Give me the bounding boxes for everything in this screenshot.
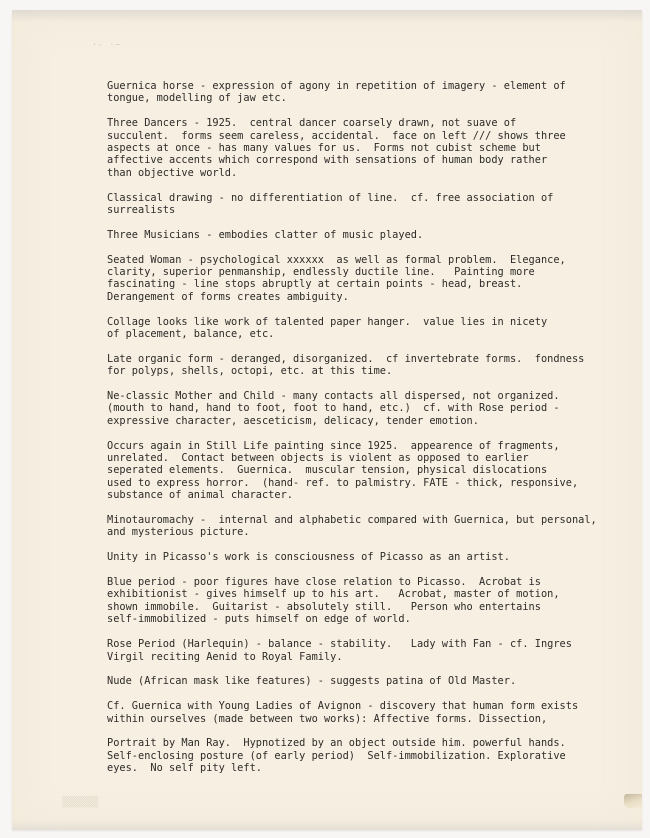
note-line: Self-enclosing posture (of early period)…: [107, 750, 627, 762]
note-paragraph: Occurs again in Still Life painting sinc…: [107, 440, 627, 502]
note-line: Collage looks like work of talented pape…: [107, 316, 627, 328]
note-line: and mysterious picture.: [107, 526, 627, 538]
note-line: self-immobilized - puts himself on edge …: [107, 613, 627, 625]
note-line: for polyps, shells, octopi, etc. at this…: [107, 365, 627, 377]
note-line: Three Musicians - embodies clatter of mu…: [107, 229, 627, 241]
note-line: within ourselves (made between two works…: [107, 713, 627, 725]
note-line: exhibitionist - gives himself up to his …: [107, 588, 627, 600]
note-paragraph: Rose Period (Harlequin) - balance - stab…: [107, 638, 627, 663]
note-line: (mouth to hand, hand to foot, foot to ha…: [107, 402, 627, 414]
note-line: Blue period - poor figures have close re…: [107, 576, 627, 588]
note-line: Unity in Picasso's work is consciousness…: [107, 551, 627, 563]
note-paragraph: Blue period - poor figures have close re…: [107, 576, 627, 626]
note-line: aspects at once - has many values for us…: [107, 142, 627, 154]
note-line: eyes. No self pity left.: [107, 762, 627, 774]
note-line: tongue, modelling of jaw etc.: [107, 92, 627, 104]
note-line: clarity, superior penmanship, endlessly …: [107, 266, 627, 278]
note-line: Three Dancers - 1925. central dancer coa…: [107, 117, 627, 129]
note-line: Seated Woman - psychological xxxxxx as w…: [107, 254, 627, 266]
folded-corner: [624, 794, 642, 808]
note-line: used to express horror. (hand- ref. to p…: [107, 477, 627, 489]
note-line: Rose Period (Harlequin) - balance - stab…: [107, 638, 627, 650]
note-paragraph: Nude (African mask like features) - sugg…: [107, 675, 627, 687]
note-line: Classical drawing - no differentiation o…: [107, 192, 627, 204]
note-paragraph: Late organic form - deranged, disorganiz…: [107, 353, 627, 378]
note-line: Cf. Guernica with Young Ladies of Avigno…: [107, 700, 627, 712]
note-line: shown immobile. Guitarist - absolutely s…: [107, 601, 627, 613]
note-paragraph: Collage looks like work of talented pape…: [107, 316, 627, 341]
note-paragraph: Portrait by Man Ray. Hypnotized by an ob…: [107, 737, 627, 774]
note-paragraph: Three Dancers - 1925. central dancer coa…: [107, 117, 627, 179]
note-line: seperated elements. Guernica. muscular t…: [107, 464, 627, 476]
note-paragraph: Three Musicians - embodies clatter of mu…: [107, 229, 627, 241]
note-paragraph: Minotauromachy - internal and alphabetic…: [107, 514, 627, 539]
note-line: fascinating - line stops abruptly at cer…: [107, 278, 627, 290]
note-line: expressive character, aesceticism, delic…: [107, 415, 627, 427]
note-paragraph: Guernica horse - expression of agony in …: [107, 80, 627, 105]
note-line: Minotauromachy - internal and alphabetic…: [107, 514, 627, 526]
note-line: Virgil reciting Aenid to Royal Family.: [107, 651, 627, 663]
note-paragraph: Classical drawing - no differentiation o…: [107, 192, 627, 217]
note-line: Late organic form - deranged, disorganiz…: [107, 353, 627, 365]
note-paragraph: Unity in Picasso's work is consciousness…: [107, 551, 627, 563]
note-line: Occurs again in Still Life painting sinc…: [107, 440, 627, 452]
note-line: substance of animal character.: [107, 489, 627, 501]
note-line: surrealists: [107, 204, 627, 216]
note-paragraph: Ne-classic Mother and Child - many conta…: [107, 390, 627, 427]
faint-stamp-mark: ▒▒▒▒▒▒: [62, 797, 98, 808]
note-line: than objective world.: [107, 167, 627, 179]
note-paragraph: Cf. Guernica with Young Ladies of Avigno…: [107, 700, 627, 725]
note-line: Ne-classic Mother and Child - many conta…: [107, 390, 627, 402]
note-line: unrelated. Contact between objects is vi…: [107, 452, 627, 464]
paper-smudge-mark: ·- ·~: [92, 40, 121, 49]
note-line: succulent. forms seem careless, accident…: [107, 130, 627, 142]
typewritten-notes: Guernica horse - expression of agony in …: [107, 80, 627, 787]
note-line: Nude (African mask like features) - sugg…: [107, 675, 627, 687]
note-line: affective accents which correspond with …: [107, 154, 627, 166]
note-paragraph: Seated Woman - psychological xxxxxx as w…: [107, 254, 627, 304]
note-line: Portrait by Man Ray. Hypnotized by an ob…: [107, 737, 627, 749]
note-line: of placement, balance, etc.: [107, 328, 627, 340]
note-line: Derangement of forms creates ambiguity.: [107, 291, 627, 303]
note-line: Guernica horse - expression of agony in …: [107, 80, 627, 92]
